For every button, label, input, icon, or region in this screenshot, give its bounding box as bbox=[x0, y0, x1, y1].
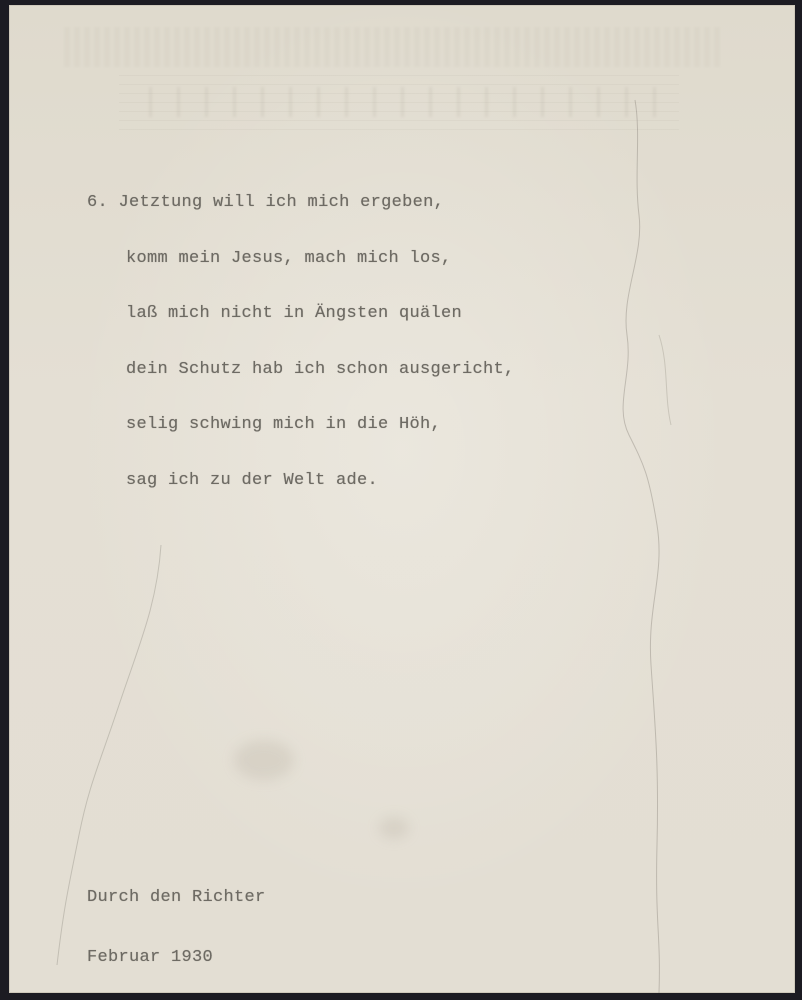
verse-line: laß mich nicht in Ängsten quälen bbox=[87, 305, 515, 324]
bleed-through-header bbox=[64, 27, 724, 67]
attribution-date: Februar 1930 bbox=[87, 948, 266, 968]
attribution-author: Durch den Richter bbox=[87, 888, 266, 908]
paper-stain bbox=[234, 740, 294, 780]
verse-line-first: 6. Jetztung will ich mich ergeben, bbox=[87, 194, 515, 213]
verse-block: 6. Jetztung will ich mich ergeben, komm … bbox=[87, 157, 515, 527]
paper-stain bbox=[379, 817, 409, 839]
document-page: 6. Jetztung will ich mich ergeben, komm … bbox=[9, 5, 795, 993]
bleed-through-music-notes bbox=[149, 87, 669, 117]
verse-line: sag ich zu der Welt ade. bbox=[87, 472, 515, 491]
bleed-through-music-staff bbox=[119, 75, 679, 135]
verse-line: komm mein Jesus, mach mich los, bbox=[87, 250, 515, 269]
verse-number: 6. bbox=[87, 193, 108, 212]
verse-line: selig schwing mich in die Höh, bbox=[87, 416, 515, 435]
verse-line: dein Schutz hab ich schon ausgericht, bbox=[87, 361, 515, 380]
attribution-block: Durch den Richter Februar 1930 bbox=[87, 848, 266, 993]
